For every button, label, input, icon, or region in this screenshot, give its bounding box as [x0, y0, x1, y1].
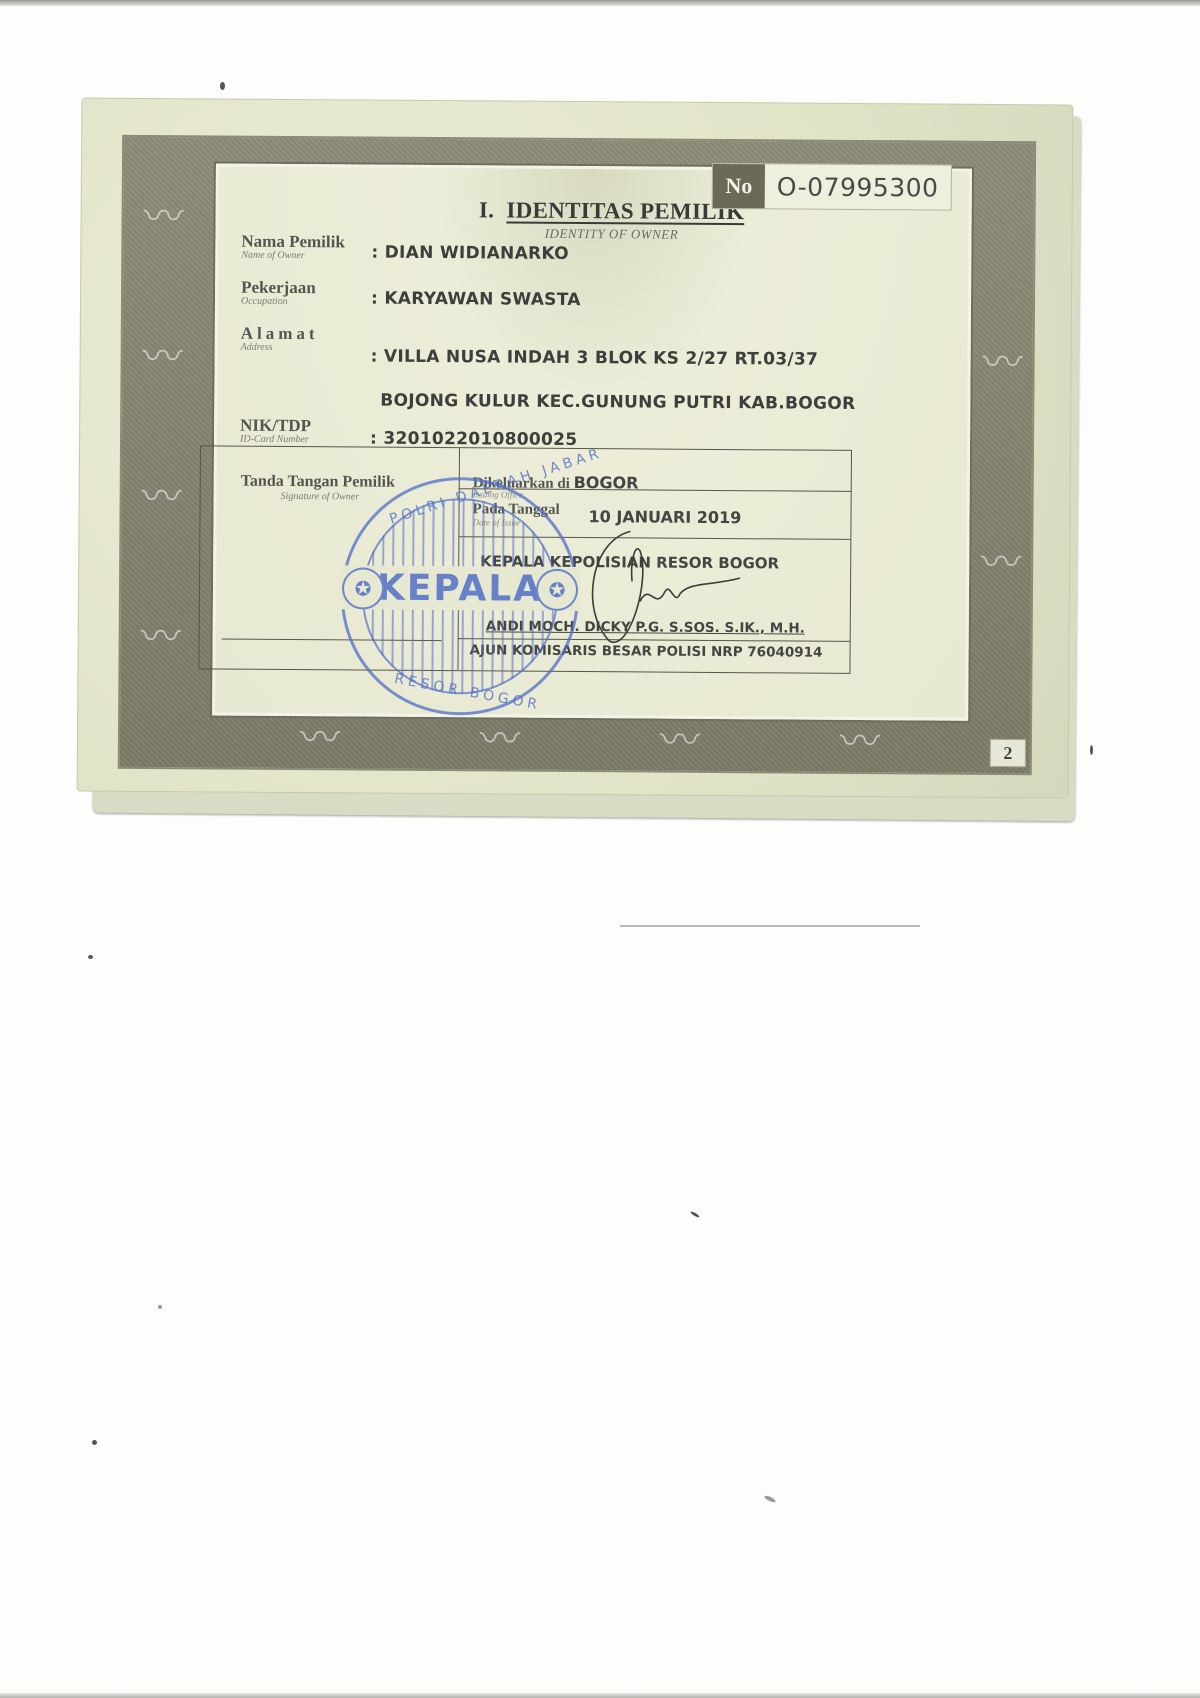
owner-signature-label: Tanda Tangan Pemilik [241, 473, 395, 492]
official-signature-scribble [570, 521, 751, 652]
wave-ornament: 〰 [143, 197, 183, 237]
wave-ornament: 〰 [142, 337, 182, 377]
wave-ornament: 〰 [142, 477, 182, 517]
owner-signature-sub-label: Signature of Owner [281, 491, 360, 503]
field-address: Alamat Address [241, 326, 319, 354]
field-sub-label: Name of Owner [241, 250, 344, 262]
document-number-value: O-07995300 [765, 164, 951, 209]
owner-name-value: : DIAN WIDIANARKO [371, 243, 569, 264]
police-stamp: KEPALA ✪ ✪ POLRI DAERAH JABAR RESOR BOGO… [340, 476, 580, 716]
field-label: Pekerjaan [241, 280, 316, 297]
stamp-center-text: KEPALA [377, 567, 544, 609]
document-number-label: No [713, 164, 765, 208]
field-label: Alamat [241, 326, 319, 343]
section-title-text: IDENTITAS PEMILIK [506, 198, 744, 225]
wave-ornament: 〰 [982, 343, 1022, 383]
field-occupation: Pekerjaan Occupation [241, 280, 316, 308]
address-value-line2: BOJONG KULUR KEC.GUNUNG PUTRI KAB.BOGOR [380, 391, 855, 414]
scan-noise-line [620, 925, 920, 927]
scan-edge-top [0, 0, 1200, 6]
field-sub-label: ID-Card Number [240, 434, 311, 445]
section-number: I. [479, 197, 494, 222]
scan-speck [220, 82, 225, 90]
scan-speck [764, 1495, 777, 1504]
field-id-number: NIK/TDP ID-Card Number [240, 418, 311, 445]
scan-speck [158, 1305, 162, 1309]
issued-at-value: BOGOR [574, 473, 639, 492]
page-number: 2 [990, 739, 1026, 767]
wave-ornament: 〰 [141, 617, 181, 657]
section-subtitle: IDENTITY OF OWNER [411, 225, 811, 244]
wave-ornament: 〰 [840, 722, 880, 762]
scan-speck [88, 955, 93, 959]
scan-speck [92, 1440, 97, 1445]
field-label: Nama Pemilik [241, 234, 345, 251]
wave-ornament: 〰 [981, 543, 1021, 583]
wave-ornament: 〰 [480, 719, 520, 759]
occupation-value: : KARYAWAN SWASTA [371, 289, 581, 310]
police-emblem-icon: ✪ [342, 567, 384, 609]
document-number-box: No O-07995300 [712, 163, 952, 211]
scan-speck [1090, 745, 1093, 755]
police-emblem-icon: ✪ [536, 569, 578, 611]
address-value-line1: : VILLA NUSA INDAH 3 BLOK KS 2/27 RT.03/… [371, 347, 819, 370]
wave-ornament: 〰 [300, 718, 340, 758]
field-owner-name: Nama Pemilik Name of Owner [241, 234, 345, 262]
field-sub-label: Address [241, 342, 319, 354]
scan-speck [690, 1211, 700, 1219]
field-label: NIK/TDP [240, 418, 311, 434]
wave-ornament: 〰 [660, 721, 700, 761]
vehicle-ownership-document-page: 〰 〰 〰 〰 〰 〰 〰 〰 〰 〰 I. IDENTITAS PEMILIK… [78, 99, 1073, 798]
field-sub-label: Occupation [241, 296, 316, 308]
scan-edge-bottom [0, 1693, 1200, 1698]
